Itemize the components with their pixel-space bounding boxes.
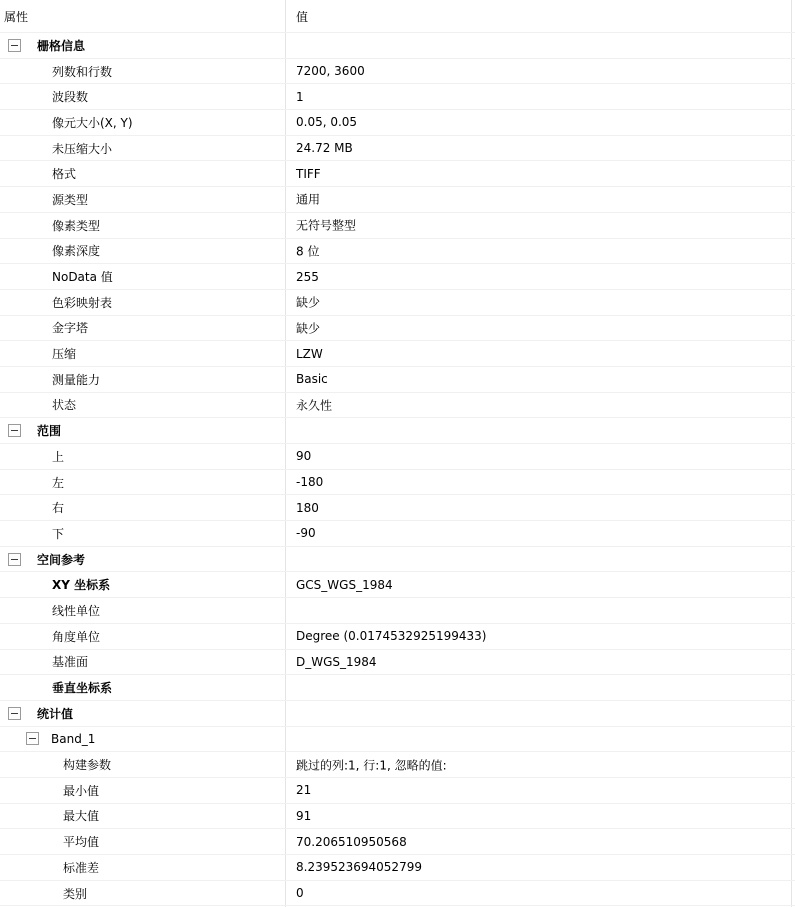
property-label: 最小值	[63, 782, 99, 799]
property-value: 7200, 3600	[296, 64, 365, 78]
property-row: 最大值91	[0, 804, 795, 830]
property-row: 色彩映射表缺少	[0, 290, 795, 316]
property-label: 像元大小(X, Y)	[52, 114, 133, 131]
property-row: 上90	[0, 444, 795, 470]
property-label: 测量能力	[52, 371, 100, 388]
property-value: 1	[296, 90, 304, 104]
property-row: 范围	[0, 418, 795, 444]
property-row: 统计值	[0, 701, 795, 727]
property-row: 金字塔缺少	[0, 316, 795, 342]
property-value: 无符号整型	[296, 217, 356, 234]
property-label: 压缩	[52, 345, 76, 362]
property-row: 像素类型无符号整型	[0, 213, 795, 239]
property-rows-container: 栅格信息列数和行数7200, 3600波段数1像元大小(X, Y)0.05, 0…	[0, 33, 795, 906]
property-row: 压缩LZW	[0, 341, 795, 367]
property-row: 角度单位Degree (0.0174532925199433)	[0, 624, 795, 650]
tree-collapse-minus-icon[interactable]	[26, 732, 39, 745]
property-label: 源类型	[52, 191, 88, 208]
property-column-header: 属性	[0, 8, 285, 25]
property-label: 格式	[52, 165, 76, 182]
property-value: 70.206510950568	[296, 835, 407, 849]
property-label: 范围	[37, 422, 61, 439]
grid-header-row: 属性 值	[0, 0, 795, 33]
property-label: 平均值	[63, 833, 99, 850]
minus-glyph	[11, 559, 18, 560]
property-row: 状态永久性	[0, 393, 795, 419]
tree-collapse-minus-icon[interactable]	[8, 424, 21, 437]
property-row: 构建参数跳过的列:1, 行:1, 忽略的值:	[0, 752, 795, 778]
minus-glyph	[11, 430, 18, 431]
property-row: 最小值21	[0, 778, 795, 804]
tree-collapse-minus-icon[interactable]	[8, 707, 21, 720]
property-label: 统计值	[37, 705, 73, 722]
property-row: 下-90	[0, 521, 795, 547]
property-label: XY 坐标系	[52, 576, 110, 593]
property-value: 跳过的列:1, 行:1, 忽略的值:	[296, 756, 447, 773]
property-label: 未压缩大小	[52, 140, 112, 157]
property-value: 缺少	[296, 294, 320, 311]
property-label: 像素类型	[52, 217, 100, 234]
property-label: 空间参考	[37, 551, 85, 568]
property-label: 栅格信息	[37, 37, 85, 54]
property-row: 列数和行数7200, 3600	[0, 59, 795, 85]
property-row: 标准差8.239523694052799	[0, 855, 795, 881]
property-label: Band_1	[51, 732, 95, 746]
property-label: 波段数	[52, 88, 88, 105]
property-row: XY 坐标系GCS_WGS_1984	[0, 572, 795, 598]
property-row: 基准面D_WGS_1984	[0, 650, 795, 676]
property-value: 90	[296, 449, 311, 463]
property-row: 右180	[0, 495, 795, 521]
tree-collapse-minus-icon[interactable]	[8, 39, 21, 52]
minus-glyph	[29, 738, 36, 739]
property-value: LZW	[296, 347, 323, 361]
property-value: D_WGS_1984	[296, 655, 377, 669]
property-label: 最大值	[63, 807, 99, 824]
property-label: 状态	[52, 396, 76, 413]
property-row: Band_1	[0, 727, 795, 753]
property-value: 21	[296, 783, 311, 797]
property-value: 8 位	[296, 242, 319, 259]
property-row: 测量能力Basic	[0, 367, 795, 393]
tree-collapse-minus-icon[interactable]	[8, 553, 21, 566]
property-row: 空间参考	[0, 547, 795, 573]
property-label: 右	[52, 499, 64, 516]
property-value: 0	[296, 886, 304, 900]
property-label: 像素深度	[52, 242, 100, 259]
property-row: 未压缩大小24.72 MB	[0, 136, 795, 162]
value-column-header: 值	[285, 8, 308, 25]
property-row: 垂直坐标系	[0, 675, 795, 701]
property-value: 91	[296, 809, 311, 823]
property-value: 24.72 MB	[296, 141, 353, 155]
property-label: 列数和行数	[52, 63, 112, 80]
property-value: GCS_WGS_1984	[296, 578, 393, 592]
property-value: TIFF	[296, 167, 321, 181]
property-label: 左	[52, 474, 64, 491]
property-row: NoData 值255	[0, 264, 795, 290]
property-value: 8.239523694052799	[296, 860, 422, 874]
property-row: 类别0	[0, 881, 795, 907]
property-value: 180	[296, 501, 319, 515]
property-label: 标准差	[63, 859, 99, 876]
property-label: 基准面	[52, 653, 88, 670]
raster-properties-grid: 属性 值 栅格信息列数和行数7200, 3600波段数1像元大小(X, Y)0.…	[0, 0, 795, 907]
minus-glyph	[11, 45, 18, 46]
property-row: 线性单位	[0, 598, 795, 624]
property-value: 255	[296, 270, 319, 284]
property-label: 垂直坐标系	[52, 679, 112, 696]
property-row: 像素深度8 位	[0, 239, 795, 265]
property-label: 类别	[63, 885, 87, 902]
property-row: 像元大小(X, Y)0.05, 0.05	[0, 110, 795, 136]
property-row: 源类型通用	[0, 187, 795, 213]
property-value: -90	[296, 526, 316, 540]
property-row: 栅格信息	[0, 33, 795, 59]
property-label: 上	[52, 448, 64, 465]
property-label: 构建参数	[63, 756, 111, 773]
property-row: 左-180	[0, 470, 795, 496]
property-row: 平均值70.206510950568	[0, 829, 795, 855]
property-row: 波段数1	[0, 84, 795, 110]
property-value: 通用	[296, 191, 320, 208]
property-value: 缺少	[296, 319, 320, 336]
property-label: 线性单位	[52, 602, 100, 619]
property-value: Degree (0.0174532925199433)	[296, 629, 486, 643]
property-label: 下	[52, 525, 64, 542]
property-label: NoData 值	[52, 268, 113, 285]
property-label: 角度单位	[52, 628, 100, 645]
property-label: 金字塔	[52, 319, 88, 336]
property-value: -180	[296, 475, 323, 489]
property-value: 0.05, 0.05	[296, 115, 357, 129]
property-row: 格式TIFF	[0, 161, 795, 187]
property-value: Basic	[296, 372, 328, 386]
minus-glyph	[11, 713, 18, 714]
property-value: 永久性	[296, 396, 332, 413]
property-label: 色彩映射表	[52, 294, 112, 311]
